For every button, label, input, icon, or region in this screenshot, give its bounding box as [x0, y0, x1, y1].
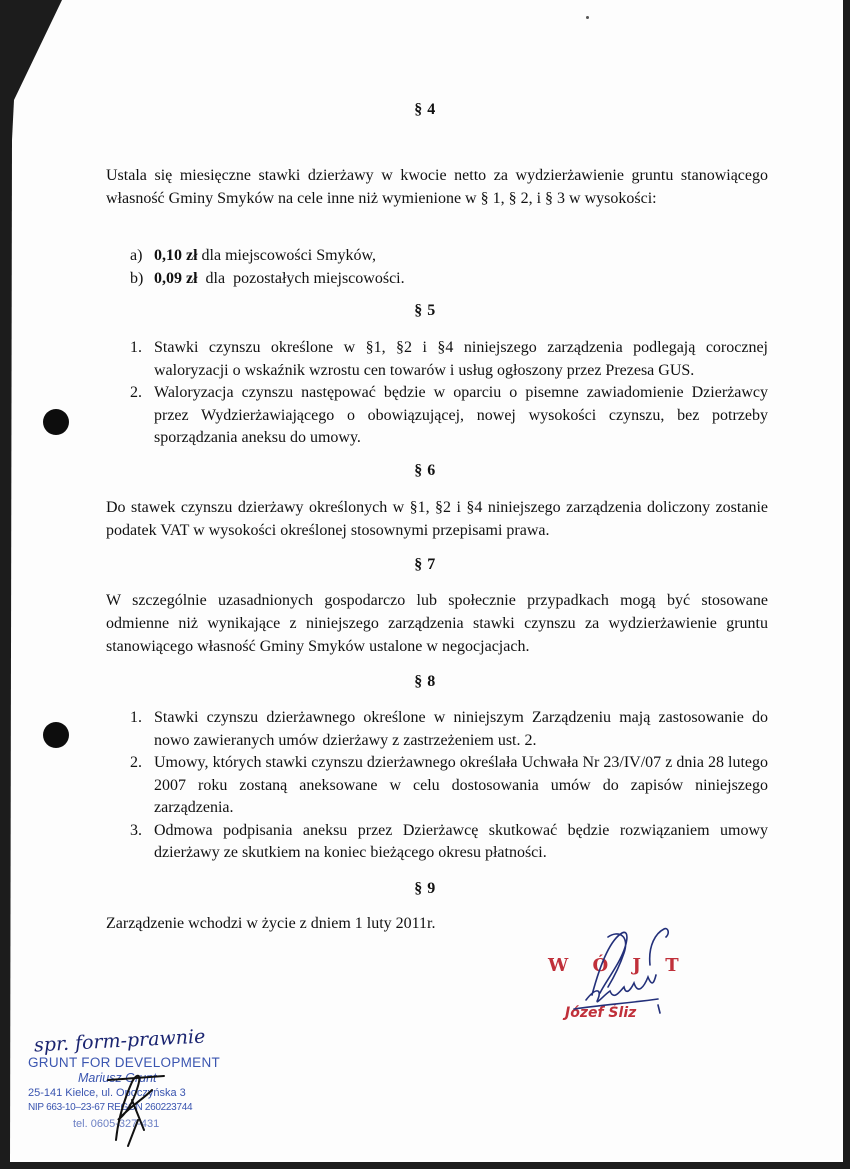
section-7-text: W szczególnie uzasadnionych gospodarczo …	[106, 589, 768, 658]
rate-amount: 0,09 zł	[154, 270, 198, 287]
mayor-signature-block: W Ó J T Józef Śliz	[530, 925, 700, 1030]
section-4-intro: Ustala się miesięczne stawki dzierżawy w…	[106, 164, 768, 210]
list-item: 1. Stawki czynszu dzierżawnego określone…	[106, 707, 768, 752]
punch-hole-upper	[43, 409, 69, 435]
section-9-heading: § 9	[0, 880, 850, 898]
scan-speck	[586, 16, 589, 19]
rate-item-other: b) 0,09 zł dla pozostałych miejscowości.	[106, 268, 768, 291]
section-4-rate-list: a) 0,10 zł dla miejscowości Smyków, b) 0…	[106, 245, 768, 290]
section-5-list: 1. Stawki czynszu określone w §1, §2 i §…	[106, 337, 768, 450]
section-8-list: 1. Stawki czynszu dzierżawnego określone…	[106, 707, 768, 865]
legal-review-stamp: spr. form-prawnie GRUNT FOR DEVELOPMENT …	[28, 1030, 228, 1160]
handwritten-signature-icon	[530, 925, 700, 1030]
punch-hole-lower	[43, 722, 69, 748]
scanned-page: § 4 Ustala się miesięczne stawki dzierża…	[0, 0, 850, 1169]
rate-amount: 0,10 zł	[154, 247, 198, 264]
handwritten-note: spr. form-prawnie	[34, 1026, 206, 1057]
list-item: 3. Odmowa podpisania aneksu przez Dzierż…	[106, 820, 768, 865]
section-4-heading: § 4	[0, 101, 850, 119]
rate-item-smykow: a) 0,10 zł dla miejscowości Smyków,	[106, 245, 768, 268]
section-5-heading: § 5	[0, 302, 850, 320]
list-item: 2. Waloryzacja czynszu następować będzie…	[106, 382, 768, 450]
section-6-text: Do stawek czynszu dzierżawy określonych …	[106, 496, 768, 542]
stamp-signature-icon	[88, 1060, 168, 1150]
list-item: 1. Stawki czynszu określone w §1, §2 i §…	[106, 337, 768, 382]
list-item: 2. Umowy, których stawki czynszu dzierża…	[106, 752, 768, 820]
section-6-heading: § 6	[0, 462, 850, 480]
section-7-heading: § 7	[0, 556, 850, 574]
section-8-heading: § 8	[0, 673, 850, 691]
